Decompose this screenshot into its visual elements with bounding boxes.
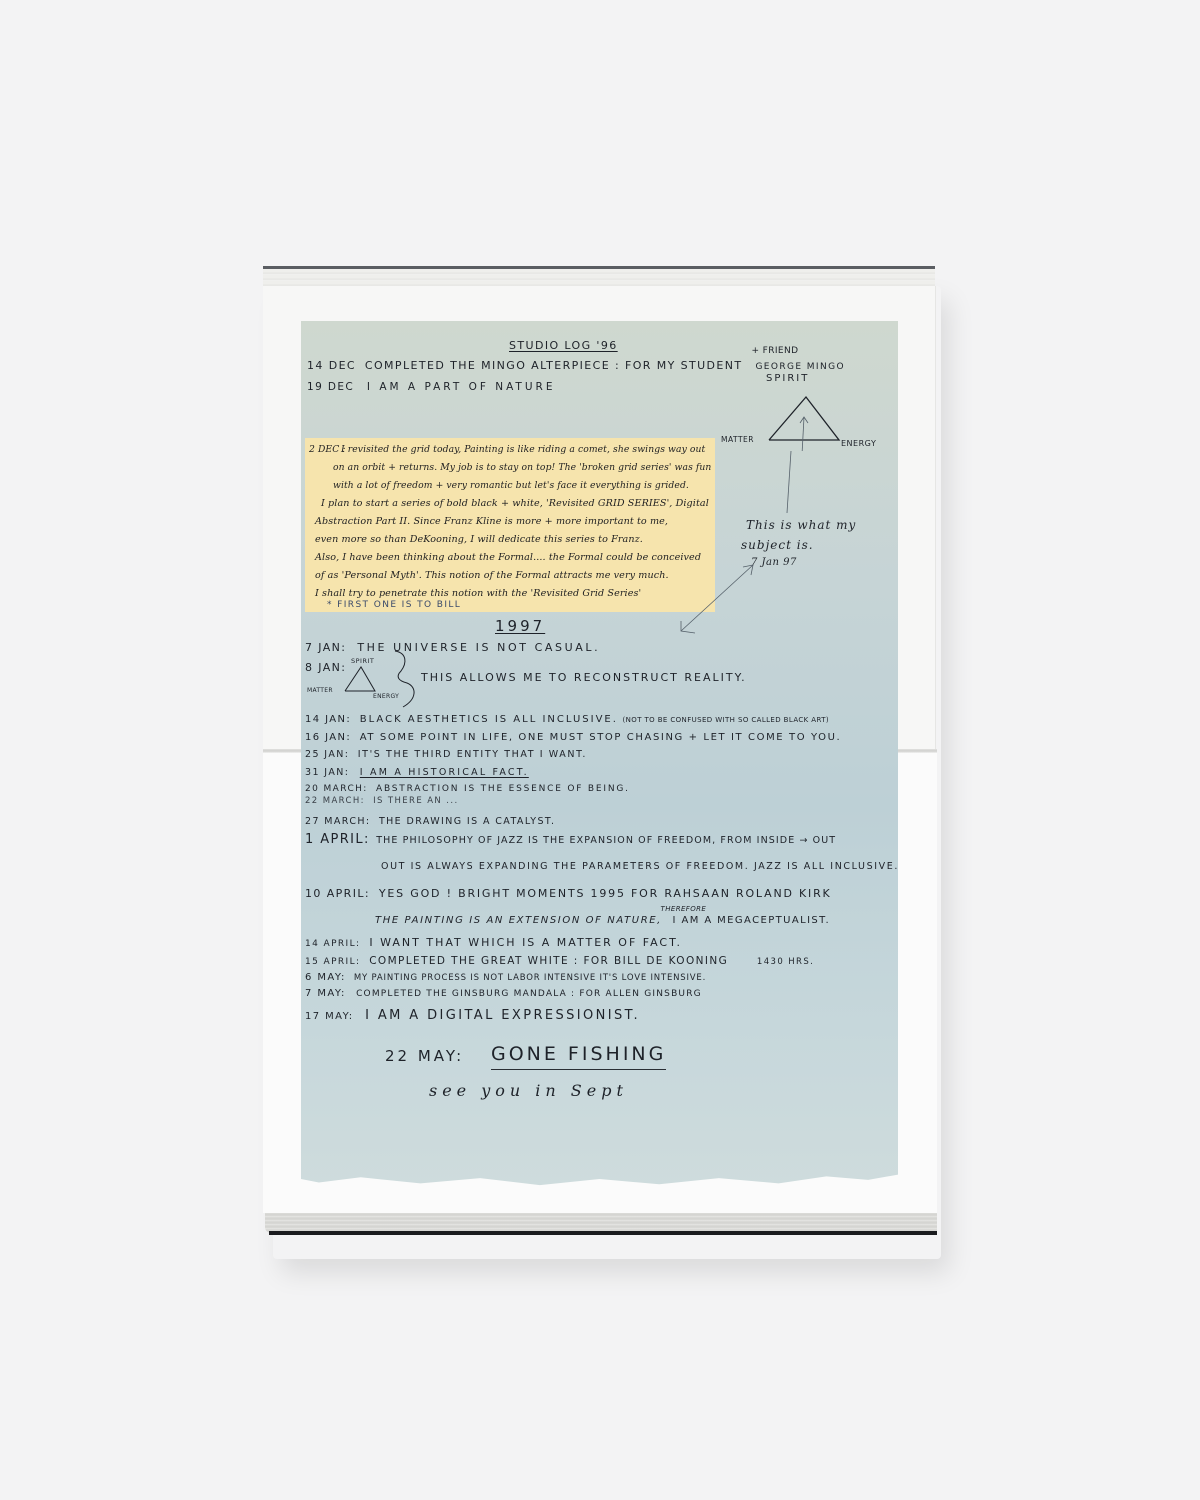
entry-text: I AM A HISTORICAL FACT. — [360, 767, 529, 778]
note-line: I plan to start a series of bold black +… — [321, 498, 709, 509]
document-title: STUDIO LOG '96 — [509, 339, 618, 352]
entry-14-jan: 14 JAN: BLACK AESTHETICS IS ALL INCLUSIV… — [305, 714, 829, 725]
entry-text: I WANT THAT WHICH IS A MATTER OF FACT. — [369, 936, 682, 949]
entry-7-may: 7 MAY: COMPLETED THE GINSBURG MANDALA : … — [305, 988, 702, 999]
entry-insert: THEREFORE — [661, 905, 707, 913]
entry-date: 7 JAN: — [305, 641, 346, 654]
note-footnote: * FIRST ONE IS TO BILL — [327, 600, 461, 610]
mini-triangle-icon — [341, 663, 381, 695]
entry-date: 16 JAN: — [305, 732, 351, 743]
open-book: STUDIO LOG '96 14 DEC COMPLETED THE MING… — [263, 266, 937, 1239]
note-line: with a lot of freedom + very romantic bu… — [333, 480, 689, 491]
closing-signoff: see you in Sept — [429, 1081, 628, 1100]
diagram-caption-2: subject is. — [741, 538, 814, 552]
entry-date: 7 MAY: — [305, 988, 346, 999]
mini-matter-label: MATTER — [307, 687, 333, 694]
entry-date: 14 DEC — [307, 359, 356, 372]
entry-date: 22 MARCH: — [305, 796, 365, 806]
note-line: Also, I have been thinking about the For… — [315, 552, 701, 563]
entry-text: COMPLETED THE GINSBURG MANDALA : FOR ALL… — [356, 989, 702, 999]
entry-22-march: 22 MARCH: IS THERE AN ... — [305, 796, 459, 806]
entry-25-jan: 25 JAN: IT'S THE THIRD ENTITY THAT I WAN… — [305, 749, 587, 760]
entry-14-dec: 14 DEC COMPLETED THE MINGO ALTERPIECE : … — [307, 359, 845, 372]
entry-7-jan: 7 JAN: THE UNIVERSE IS NOT CASUAL. — [305, 641, 600, 654]
entry-text: THE DRAWING IS A CATALYST. — [379, 816, 555, 827]
entry-16-jan: 16 JAN: AT SOME POINT IN LIFE, ONE MUST … — [305, 732, 841, 743]
entry-tail: I AM A MEGACEPTUALIST. — [673, 915, 831, 926]
entry-date: 10 APRIL: — [305, 887, 370, 900]
entry-27-march: 27 MARCH: THE DRAWING IS A CATALYST. — [305, 816, 555, 827]
entry-text: THE PHILOSOPHY OF JAZZ IS THE EXPANSION … — [376, 835, 836, 846]
note-line: Abstraction Part II. Since Franz Kline i… — [315, 516, 668, 527]
entry-time: 1430 HRS. — [757, 957, 814, 967]
note-line: I revisited the grid today, Painting is … — [341, 444, 705, 455]
pasted-note: 2 DEC : I revisited the grid today, Pain… — [305, 438, 715, 612]
studio-log-document: STUDIO LOG '96 14 DEC COMPLETED THE MING… — [301, 321, 898, 1201]
note-line: of as 'Personal Myth'. This notion of th… — [315, 570, 669, 581]
brace-icon — [393, 649, 423, 709]
entry-10-april: 10 APRIL: YES GOD ! BRIGHT MOMENTS 1995 … — [305, 887, 832, 900]
entry-text: COMPLETED THE MINGO ALTERPIECE : FOR MY … — [365, 359, 743, 372]
entry-aside: (NOT TO BE CONFUSED WITH SO CALLED BLACK… — [623, 716, 830, 724]
entry-text: AT SOME POINT IN LIFE, ONE MUST STOP CHA… — [360, 732, 842, 743]
book-cover-bottom-edge — [269, 1231, 937, 1235]
entry-date: 25 JAN: — [305, 749, 349, 760]
entry-date: 17 MAY: — [305, 1011, 354, 1022]
entry-8-jan-text: THIS ALLOWS ME TO RECONSTRUCT REALITY. — [421, 671, 747, 684]
entry-date: 6 MAY: — [305, 972, 346, 983]
diagram-matter-label: MATTER — [721, 435, 754, 444]
entry-text: ABSTRACTION IS THE ESSENCE OF BEING. — [376, 784, 630, 794]
entry-text: THE PAINTING IS AN EXTENSION OF NATURE, — [375, 915, 662, 926]
page-block-bottom — [265, 1213, 937, 1233]
entry-text: IS THERE AN ... — [373, 796, 459, 806]
entry-text: BLACK AESTHETICS IS ALL INCLUSIVE. — [360, 714, 618, 725]
entry-text: MY PAINTING PROCESS IS NOT LABOR INTENSI… — [354, 973, 706, 983]
entry-20-march: 20 MARCH: ABSTRACTION IS THE ESSENCE OF … — [305, 784, 630, 794]
arrow-to-entry-icon — [671, 561, 761, 641]
diagram-energy-label: ENERGY — [841, 439, 876, 448]
note-line: I shall try to penetrate this notion wit… — [315, 588, 641, 599]
year-heading: 1997 — [495, 617, 545, 635]
entry-insert: + FRIEND — [751, 346, 798, 356]
entry-text: I AM A DIGITAL EXPRESSIONIST. — [365, 1008, 640, 1023]
entry-date: 14 JAN: — [305, 714, 351, 725]
entry-tail: GEORGE MINGO — [755, 362, 845, 372]
entry-31-jan: 31 JAN: I AM A HISTORICAL FACT. — [305, 767, 529, 778]
entry-14-april: 14 APRIL: I WANT THAT WHICH IS A MATTER … — [305, 936, 682, 949]
entry-date: 19 DEC — [307, 381, 354, 393]
entry-1-april: 1 APRIL: THE PHILOSOPHY OF JAZZ IS THE E… — [305, 832, 836, 847]
entry-painting-extension: THE PAINTING IS AN EXTENSION OF NATURE, … — [375, 915, 830, 926]
entry-date: 15 APRIL: — [305, 957, 360, 967]
entry-text: YES GOD ! BRIGHT MOMENTS 1995 FOR RAHSAA… — [379, 887, 832, 900]
entry-15-april: 15 APRIL: COMPLETED THE GREAT WHITE : FO… — [305, 955, 814, 967]
entry-text: COMPLETED THE GREAT WHITE : FOR BILL DE … — [369, 955, 728, 967]
entry-19-dec: 19 DEC I AM A PART OF NATURE — [307, 381, 555, 393]
entry-date: 20 MARCH: — [305, 784, 368, 794]
entry-text: I AM A PART OF NATURE — [367, 381, 556, 393]
diagram-spirit-label: SPIRIT — [766, 373, 809, 384]
note-line: on an orbit + returns. My job is to stay… — [333, 462, 711, 473]
arrow-line-icon — [781, 451, 801, 521]
note-line: even more so than DeKooning, I will dedi… — [315, 534, 643, 545]
closing-text: GONE FISHING — [491, 1043, 666, 1070]
entry-date: 31 JAN: — [305, 767, 349, 778]
entry-date: 14 APRIL: — [305, 939, 360, 949]
diagram-caption-1: This is what my — [746, 518, 856, 532]
entry-date: 27 MARCH: — [305, 816, 371, 827]
entry-17-may: 17 MAY: I AM A DIGITAL EXPRESSIONIST. — [305, 1008, 640, 1023]
entry-6-may: 6 MAY: MY PAINTING PROCESS IS NOT LABOR … — [305, 972, 706, 983]
closing-date: 22 MAY: — [385, 1047, 464, 1065]
entry-date: 1 APRIL: — [305, 832, 370, 847]
entry-1-april-line-3: OUT IS ALWAYS EXPANDING THE PARAMETERS O… — [381, 861, 899, 872]
entry-text: IT'S THE THIRD ENTITY THAT I WANT. — [358, 749, 587, 760]
